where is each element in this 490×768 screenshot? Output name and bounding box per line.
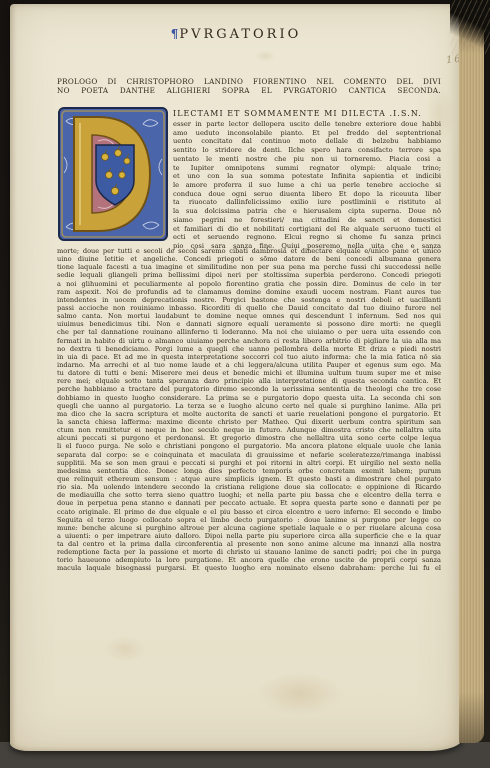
text-line: mune: benche alcune si purghino altroue … (57, 524, 441, 532)
text-line: doue in perpetua pena stanno e dannati p… (57, 499, 441, 507)
text-line: supplitii. Ma se son men graui e peccati… (57, 459, 441, 467)
text-line: la sancta chiesa lafferma: maxime dicent… (57, 418, 441, 426)
text-line: intendentes in uocem deprecationis nostr… (57, 296, 441, 304)
text-line: sentito lo stridore de denti. Ilche sper… (173, 146, 441, 155)
text-line: ma dico che la sacra scriptura et molte … (57, 410, 441, 418)
text-line: te Iupiter omnipotens summi regnator oly… (173, 164, 441, 173)
book-photo: 166 ¶PVRGATORIO PROLOGO DI CHRISTOPHORO … (0, 0, 490, 768)
incipit-caps-line: ILECTAMI ET SOMMAMENTE MI DILECTA .I.S.N… (173, 109, 441, 119)
text-line: rere mei; elquale sotto tanta speranza d… (57, 377, 441, 385)
text-line: uino diuine letitie et angeliche. Conced… (57, 255, 441, 263)
book-page: 166 ¶PVRGATORIO PROLOGO DI CHRISTOPHORO … (10, 4, 462, 751)
text-line: uento concitato dal continuo moto dellal… (173, 137, 441, 146)
text-line: passi accioche non rouiniamo inbasso. Ri… (57, 304, 441, 312)
text-line: tione laquale facesti a tua imagine et s… (57, 263, 441, 271)
text-line: la sua dolcissima patria che e hierusale… (173, 207, 441, 216)
text-line: macula laquale bisognassi purgarsi. Et q… (57, 564, 441, 572)
text-line: dobbiamo in questo luogho considerare. L… (57, 394, 441, 402)
running-title: PVRGATORIO (179, 27, 301, 42)
text-line: conduca doue ogni seruo diuenta libero E… (173, 190, 441, 199)
text-line: amo ueduto inconsolabile pianto. Et pel … (173, 129, 441, 138)
text-line: separata dal corpo: se e coinquinata et … (57, 451, 441, 459)
text-line: uentato le menti nostre che piu non ui t… (173, 155, 441, 164)
book-fore-edge (459, 10, 484, 743)
text-line: de mediauilla che sotto terra sieno quat… (57, 491, 441, 499)
prologue-title: PROLOGO DI CHRISTOPHORO LANDINO FIORENTI… (57, 77, 441, 95)
text-line: ta dal centro et la prima dalla circonfe… (57, 540, 441, 548)
text-line: sedie lequali gliangeli prima bellissimi… (57, 271, 441, 279)
prologue-title-line: PROLOGO DI CHRISTOPHORO LANDINO FIORENTI… (57, 77, 441, 86)
text-line: ta riuocato dallinfelicissimo exilio iur… (173, 198, 441, 207)
page-stack-corner (450, 0, 490, 54)
text-line: ctum non remittetur ei neque in hoc secu… (57, 426, 441, 434)
text-line: medesima sententia dice. Donec longa die… (57, 467, 441, 475)
opening-paragraph-lines: esser in parte lector dellopera uscito d… (173, 120, 441, 251)
text-line: rio sia. Ma uolendo intendere secondo la… (57, 483, 441, 491)
text-line: che per tal dannatione rouinano allinfer… (57, 328, 441, 336)
text-line: torio haueuono adempiuto la loro purgati… (57, 556, 441, 564)
text-line: a noi glihuomini et peculiarmente al pop… (57, 280, 441, 288)
text-line: a uiuenti: o per impetrare aiuto dalloro… (57, 532, 441, 540)
text-line: quegli che uanno al purgatorio. La terza… (57, 402, 441, 410)
pilcrow-icon: ¶ (171, 27, 179, 41)
text-line: in uia di pace. Et ad me in questa inter… (57, 353, 441, 361)
text-line: siamo pegrini ne forestieri/ ma cittadin… (173, 216, 441, 225)
text-line: salmo canta. Non mortui laudabunt te dom… (57, 312, 441, 320)
text-line: ram aspexit. Noi de profundis ad te clam… (57, 288, 441, 296)
text-line: le amore proferra il suo lume a chi ua p… (173, 181, 441, 190)
text-line: redemptione facta per la passione et mor… (57, 548, 441, 556)
text-line: esser in parte lector dellopera uscito d… (173, 120, 441, 129)
text-line: et uno con la sua somma potestate Infini… (173, 172, 441, 181)
prologue-title-line: NO POETA DANTHE ALIGHIERI SOPRA EL PVRGA… (57, 86, 441, 95)
text-line: ccato originale. El primo de due elquale… (57, 508, 441, 516)
text-line: alcuni peccati si purgono et perdonansi.… (57, 434, 441, 442)
text-line: tu datore di tutti e beni: Miserere mei … (57, 369, 441, 377)
text-line: ecti et seruendo regnono. Elcui regno si… (173, 233, 441, 242)
text-line: et familiari di dio et nobilitati cortig… (173, 225, 441, 234)
text-line: indarno. Ma arrechi et al tuo nome laude… (57, 361, 441, 369)
text-line: no dextra ti benediciamo. Porgi lume a q… (57, 345, 441, 353)
body-text: morte; doue per tutti e secoli de secoli… (57, 247, 441, 573)
text-line: que relinquit ethereum sensum : atque au… (57, 475, 441, 483)
text-line: fermati in habito di uirtu o almanco uiu… (57, 337, 441, 345)
running-head: ¶PVRGATORIO (10, 27, 462, 42)
text-line: li el fuoco purga. Ne solo e christiani … (57, 442, 441, 450)
text-line: morte; doue per tutti e secoli de secoli… (57, 247, 441, 255)
text-line: perche habbiamo a tractare del purgatori… (57, 385, 441, 393)
opening-paragraph: ILECTAMI ET SOMMAMENTE MI DILECTA .I.S.N… (173, 109, 441, 251)
illuminated-initial-D (58, 107, 168, 241)
text-line: Seguita el terzo luogo collocato sopra e… (57, 516, 441, 524)
text-line: uiuimus benedicimus tibi. Non e dannati … (57, 320, 441, 328)
